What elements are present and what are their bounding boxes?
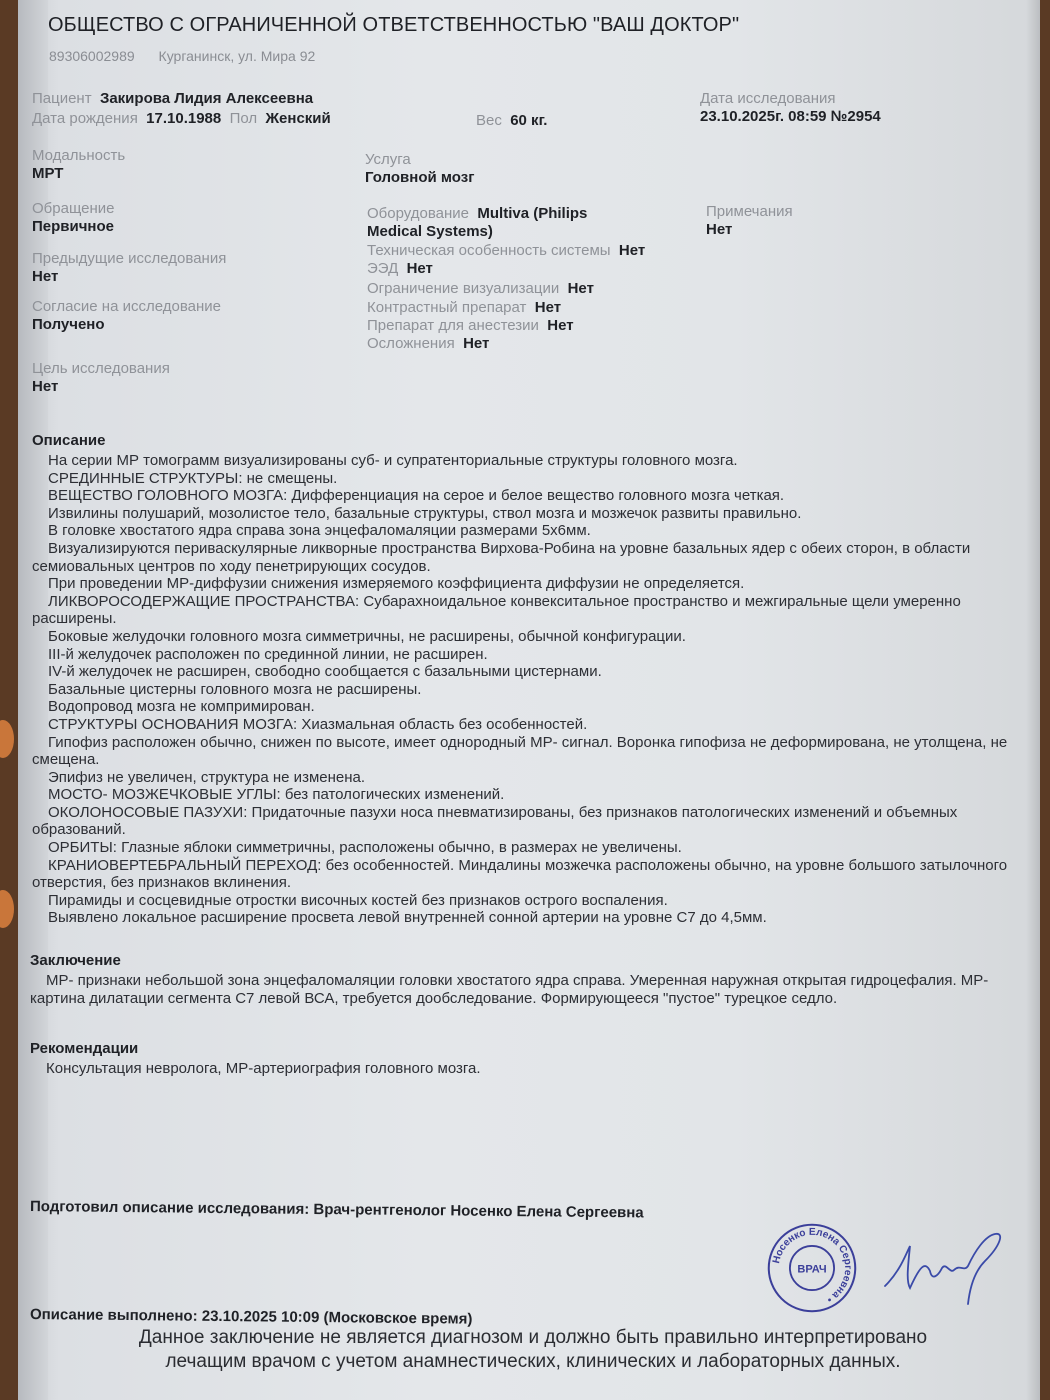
field-service: Услуга Головной мозг — [365, 151, 474, 186]
field-tech: Техническая особенность системы Нет — [367, 242, 645, 259]
patient-details-row: Дата рождения 17.10.1988 Пол Женский — [32, 110, 331, 127]
anesthesia-label: Препарат для анестезии — [367, 317, 539, 334]
field-visit: Обращение Первичное — [32, 200, 114, 235]
description-body: На серии МР томограмм визуализированы су… — [32, 452, 1017, 927]
vis-limit-label: Ограничение визуализации — [367, 280, 559, 297]
field-consent: Согласие на исследование Получено — [32, 298, 221, 333]
disclaimer: Данное заключение не является диагнозом … — [68, 1326, 998, 1374]
field-purpose: Цель исследования Нет — [32, 360, 170, 395]
purpose-value: Нет — [32, 378, 170, 395]
field-equipment: Оборудование Multiva (Philips Medical Sy… — [367, 205, 587, 241]
description-paragraph: Гипофиз расположен обычно, снижен по выс… — [32, 734, 1017, 769]
modality-label: Модальность — [32, 147, 125, 164]
equipment-label: Оборудование — [367, 205, 469, 222]
document-page: ОБЩЕСТВО С ОГРАНИЧЕННОЙ ОТВЕТСТВЕННОСТЬЮ… — [18, 0, 1040, 1400]
service-label: Услуга — [365, 151, 474, 168]
sex-label: Пол — [230, 110, 258, 127]
description-paragraph: ОРБИТЫ: Глазные яблоки симметричны, расп… — [32, 839, 1017, 857]
description-paragraph: ВЕЩЕСТВО ГОЛОВНОГО МОЗГА: Дифференциация… — [32, 487, 1017, 505]
description-paragraph: На серии МР томограмм визуализированы су… — [32, 452, 1017, 470]
recommendations-title: Рекомендации — [30, 1040, 138, 1057]
patient-name-row: Пациент Закирова Лидия Алексеевна — [32, 90, 313, 107]
field-notes: Примечания Нет — [706, 203, 793, 238]
eed-label: ЭЭД — [367, 260, 398, 277]
service-value: Головной мозг — [365, 169, 474, 186]
description-paragraph: Базальные цистерны головного мозга не ра… — [32, 681, 1017, 699]
description-paragraph: Извилины полушарий, мозолистое тело, баз… — [32, 505, 1017, 523]
contrast-label: Контрастный препарат — [367, 299, 526, 316]
field-previous: Предыдущие исследования Нет — [32, 250, 226, 285]
weight-row: Вес 60 кг. — [476, 112, 547, 129]
binder-tab — [0, 720, 14, 758]
binder-tab — [0, 890, 14, 928]
disclaimer-line-1: Данное заключение не является диагнозом … — [68, 1326, 998, 1350]
description-paragraph: Пирамиды и сосцевидные отростки височных… — [32, 892, 1017, 910]
tech-value: Нет — [619, 242, 645, 259]
consent-label: Согласие на исследование — [32, 298, 221, 315]
description-paragraph: МОСТО- МОЗЖЕЧКОВЫЕ УГЛЫ: без патологичес… — [32, 786, 1017, 804]
page-shadow — [1026, 0, 1040, 1400]
description-paragraph: Визуализируются периваскулярные ликворны… — [32, 540, 1017, 575]
dob-label: Дата рождения — [32, 110, 138, 127]
study-date-label: Дата исследования — [700, 90, 881, 107]
description-paragraph: СТРУКТУРЫ ОСНОВАНИЯ МОЗГА: Хиазмальная о… — [32, 716, 1017, 734]
description-paragraph: Выявлено локальное расширение просвета л… — [32, 909, 1017, 927]
patient-name: Закирова Лидия Алексеевна — [100, 90, 313, 107]
description-title: Описание — [32, 432, 105, 449]
description-paragraph: ЛИКВОРОСОДЕРЖАЩИЕ ПРОСТРАНСТВА: Субарахн… — [32, 593, 1017, 628]
recommendations-body: Консультация невролога, МР-артериография… — [30, 1060, 1015, 1078]
field-modality: Модальность МРТ — [32, 147, 125, 182]
prepared-by: Подготовил описание исследования: Врач-р… — [30, 1198, 644, 1221]
field-complications: Осложнения Нет — [367, 335, 489, 352]
doctor-signature — [880, 1226, 1010, 1306]
description-paragraph: В головке хвостатого ядра справа зона эн… — [32, 522, 1017, 540]
consent-value: Получено — [32, 316, 221, 333]
visit-value: Первичное — [32, 218, 114, 235]
description-paragraph: III-й желудочек расположен по срединной … — [32, 646, 1017, 664]
anesthesia-value: Нет — [547, 317, 573, 334]
organization-contacts: 89306002989 Курганинск, ул. Мира 92 — [49, 48, 335, 64]
complications-label: Осложнения — [367, 335, 455, 352]
recommendations-text: Консультация невролога, МР-артериография… — [30, 1060, 1015, 1078]
description-paragraph: Боковые желудочки головного мозга симмет… — [32, 628, 1017, 646]
previous-value: Нет — [32, 268, 226, 285]
description-paragraph: Эпифиз не увеличен, структура не изменен… — [32, 769, 1017, 787]
notes-value: Нет — [706, 221, 793, 238]
dob-value: 17.10.1988 — [146, 110, 221, 127]
completed-timestamp: Описание выполнено: 23.10.2025 10:09 (Мо… — [30, 1306, 473, 1328]
sex-value: Женский — [265, 110, 330, 127]
weight-value: 60 кг. — [510, 112, 547, 129]
vis-limit-value: Нет — [568, 280, 594, 297]
patient-name-label: Пациент — [32, 90, 92, 107]
organization-phone: 89306002989 — [49, 48, 135, 64]
doctor-stamp: Носенко Елена Сергеевна • ВРАЧ — [766, 1222, 858, 1314]
conclusion-body: МР- признаки небольшой зона энцефаломаля… — [30, 972, 1005, 1007]
stamp-center-text: ВРАЧ — [797, 1264, 826, 1276]
tech-label: Техническая особенность системы — [367, 242, 611, 259]
field-contrast: Контрастный препарат Нет — [367, 299, 561, 316]
conclusion-text: МР- признаки небольшой зона энцефаломаля… — [30, 972, 1005, 1007]
modality-value: МРТ — [32, 165, 125, 182]
organization-address: Курганинск, ул. Мира 92 — [159, 48, 316, 64]
equipment-value-line1: Multiva (Philips — [477, 205, 587, 222]
field-vis-limit: Ограничение визуализации Нет — [367, 280, 594, 297]
complications-value: Нет — [463, 335, 489, 352]
contrast-value: Нет — [535, 299, 561, 316]
purpose-label: Цель исследования — [32, 360, 170, 377]
description-paragraph: IV-й желудочек не расширен, свободно соо… — [32, 663, 1017, 681]
description-paragraph: Водопровод мозга не компримирован. — [32, 698, 1017, 716]
conclusion-title: Заключение — [30, 952, 121, 969]
description-paragraph: ОКОЛОНОСОВЫЕ ПАЗУХИ: Придаточные пазухи … — [32, 804, 1017, 839]
equipment-value-line2: Medical Systems) — [367, 223, 493, 240]
weight-label: Вес — [476, 112, 502, 129]
study-date-block: Дата исследования 23.10.2025г. 08:59 №29… — [700, 90, 881, 125]
eed-value: Нет — [407, 260, 433, 277]
description-paragraph: При проведении МР-диффузии снижения изме… — [32, 575, 1017, 593]
study-date-value: 23.10.2025г. 08:59 №2954 — [700, 108, 881, 125]
disclaimer-line-2: лечащим врачом с учетом анамнестических,… — [68, 1350, 998, 1374]
field-eed: ЭЭД Нет — [367, 260, 433, 277]
previous-label: Предыдущие исследования — [32, 250, 226, 267]
field-anesthesia: Препарат для анестезии Нет — [367, 317, 574, 334]
organization-name: ОБЩЕСТВО С ОГРАНИЧЕННОЙ ОТВЕТСТВЕННОСТЬЮ… — [48, 14, 739, 37]
description-paragraph: СРЕДИННЫЕ СТРУКТУРЫ: не смещены. — [32, 470, 1017, 488]
notes-label: Примечания — [706, 203, 793, 220]
visit-label: Обращение — [32, 200, 114, 217]
description-paragraph: КРАНИОВЕРТЕБРАЛЬНЫЙ ПЕРЕХОД: без особенн… — [32, 857, 1017, 892]
